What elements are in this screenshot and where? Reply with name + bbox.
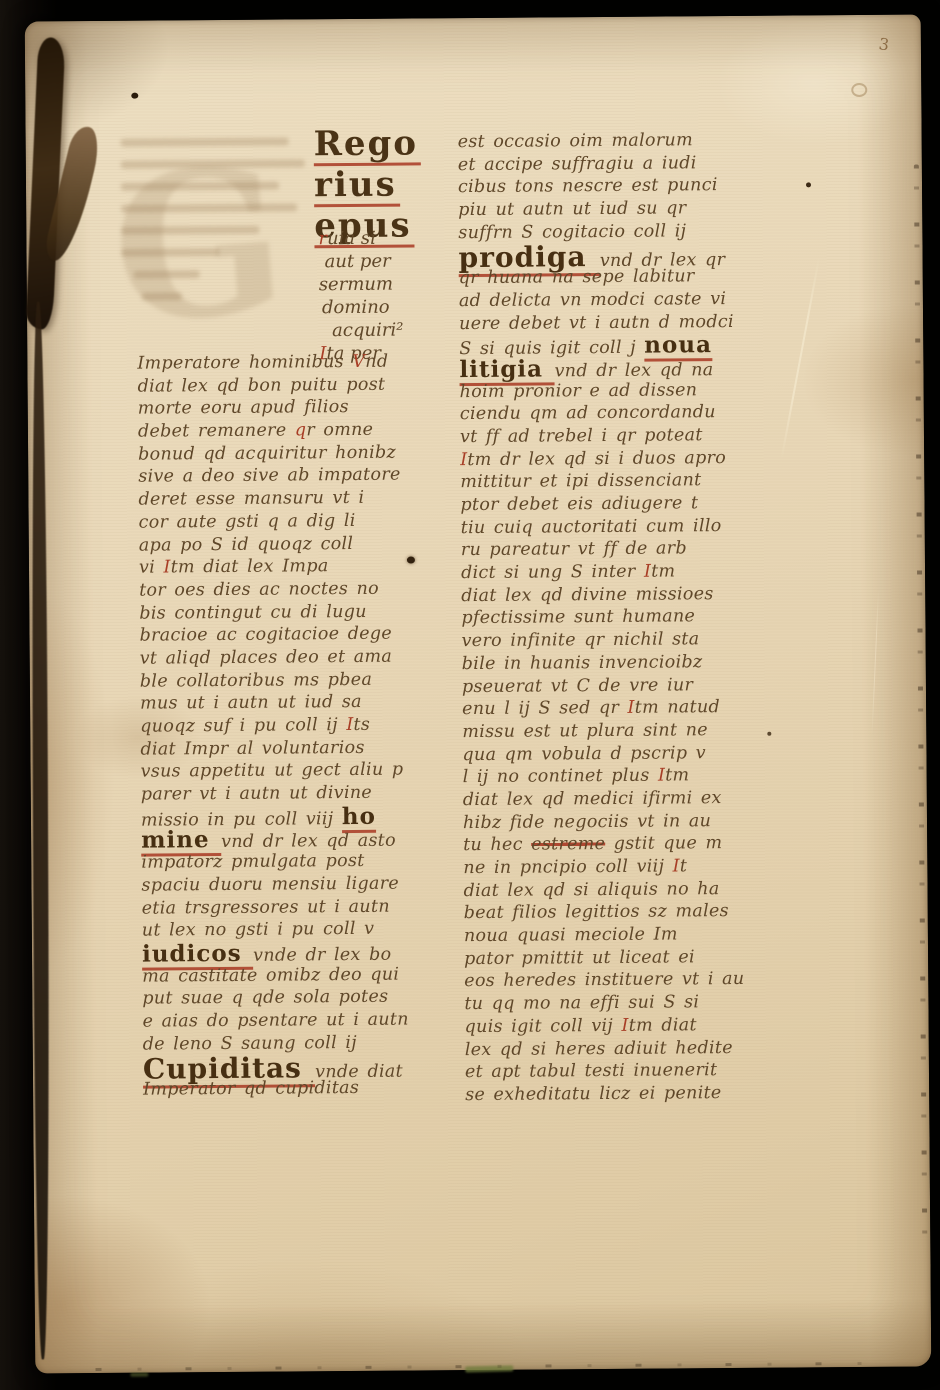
manuscript-page: G Regoriusepus ruia siaut persermumdomin… — [25, 15, 932, 1374]
ghost-text-line — [121, 159, 305, 168]
text-segment: se exheditatu licz ei penite — [465, 1083, 722, 1105]
right-column-line: pseuerat vt C de vre iur — [462, 673, 792, 698]
wormhole — [407, 556, 415, 563]
ghost-text-line — [121, 182, 279, 191]
text-segment: qua qm vobula d pscrip v — [462, 743, 706, 765]
edge-soiling-right — [914, 165, 928, 1257]
parchment-crease — [872, 590, 879, 735]
text-segment: vi — [139, 558, 164, 578]
ghost-text-line — [121, 137, 289, 146]
text-segment: tiu cuiq auctoritati cum illo — [461, 516, 722, 538]
text-segment: domino — [322, 297, 390, 319]
wormhole — [767, 732, 771, 736]
right-column-line: litigia vnd dr lex qd na — [459, 355, 789, 380]
title-sidenote-line: domino — [322, 296, 403, 320]
right-column-line: et accipe suffragiu a iudi — [458, 151, 788, 176]
left-column-line: missio in pu coll viij ho — [141, 804, 471, 829]
right-column-line: vero infinite qr nichil sta — [461, 628, 791, 653]
right-column-line: ru pareatur vt ff de arb — [461, 537, 791, 562]
text-segment: spaciu duoru mensiu ligare — [141, 873, 399, 895]
text-segment: qr huana na sepe labitur — [459, 266, 695, 288]
wormhole — [131, 93, 138, 99]
left-column-line: tor oes dies ac noctes no — [139, 577, 469, 602]
left-column-line: Imperatore hominibus Vnd — [137, 350, 467, 375]
left-column-line: bracioe ac cogitacioe dege — [139, 622, 469, 647]
text-segment: ad delicta vn modci caste vi — [459, 289, 726, 311]
left-column-line: deret esse mansuru vt i — [138, 486, 468, 511]
text-segment: cor aute gsti q a dig li — [139, 511, 356, 533]
left-column-line: ma castitate omibz deo qui — [142, 963, 472, 988]
right-column-line: tu qq mo na effi sui S si — [464, 991, 794, 1016]
left-column-line: diat Impr al voluntarios — [140, 736, 470, 761]
text-segment: noua quasi meciole Im — [464, 925, 678, 947]
right-column-line: quis igit coll vij Itm diat — [465, 1013, 795, 1038]
text-segment: diat lex qd si aliquis no ha — [463, 879, 719, 901]
right-column-line: tiu cuiq auctoritati cum illo — [461, 514, 791, 539]
right-column-line: dict si ung S inter Itm — [461, 560, 791, 585]
text-segment: sermum — [319, 274, 393, 296]
text-segment: nd — [365, 352, 388, 372]
right-column-line: Itm dr lex qd si i duos apro — [460, 446, 790, 471]
moss-stain — [130, 1373, 148, 1377]
right-text-column: est occasio oim malorumet accipe suffrag… — [458, 129, 796, 1107]
title-sidenote-line: acquiri² — [332, 319, 403, 343]
text-segment: quis igit coll vij — [465, 1016, 622, 1037]
right-column-line: diat lex qd divine missioes — [461, 582, 791, 607]
text-segment: e aias do psentare ut i autn — [142, 1009, 408, 1031]
text-segment: diat lex qd medici ifirmi ex — [463, 788, 722, 810]
text-segment: apa po S id quoqz coll — [139, 533, 354, 555]
ghost-text-line — [142, 292, 182, 300]
right-column-line: ptor debet eis adiugere t — [460, 492, 790, 517]
right-column-line: tu hec estreme gstit que m — [463, 832, 793, 857]
text-segment: l ij no continet plus — [463, 766, 658, 788]
right-column-line: se exheditatu licz ei penite — [465, 1081, 795, 1106]
text-segment: de leno S saung coll ij — [143, 1033, 357, 1055]
rubricated-title-line: rius — [314, 166, 400, 208]
binding-strap-lower — [31, 301, 51, 1359]
text-segment: vnde dr lex bo — [253, 945, 391, 966]
left-column-line: e aias do psentare ut i autn — [142, 1008, 472, 1033]
text-segment: mus ut i autn ut iud sa — [140, 692, 362, 714]
text-segment: tm — [665, 766, 689, 786]
title-sidenote-line: aut per — [325, 250, 403, 274]
text-segment: lex qd si heres adiuit hedite — [465, 1038, 733, 1060]
right-column-line: est occasio oim malorum — [458, 129, 788, 154]
right-column-line: S si quis igit coll j noua — [459, 333, 789, 358]
rubricated-title-line: Rego — [314, 124, 422, 166]
left-column-line: iudicos vnde dr lex bo — [142, 940, 472, 965]
left-column-line: bis contingut cu di lugu — [139, 600, 469, 625]
text-segment: eos heredes instituere vt i au — [464, 969, 744, 991]
text-segment: pseuerat vt C de vre iur — [462, 675, 693, 697]
left-column-line: vi Itm diat lex Impa — [139, 554, 469, 579]
left-column-line: cor aute gsti q a dig li — [139, 509, 469, 534]
title-sidenote-line: sermum — [319, 273, 403, 297]
right-column-line: qua qm vobula d pscrip v — [462, 741, 792, 766]
text-segment: put suae q qde sola potes — [142, 987, 388, 1009]
text-segment: tm — [651, 562, 675, 582]
right-column-line: uere debet vt i autn d modci — [459, 310, 789, 335]
manuscript-photo: G Regoriusepus ruia siaut persermumdomin… — [0, 0, 940, 1390]
text-segment: vnd dr lex qd na — [554, 360, 713, 381]
text-segment: beat filios legittios sz males — [464, 901, 729, 923]
right-column-line: prodiga vnd dr lex qr — [458, 242, 788, 267]
text-segment: V — [352, 352, 365, 372]
text-segment: Imperator qd cupiditas — [143, 1078, 359, 1100]
right-column-line: l ij no continet plus Itm — [463, 764, 793, 789]
text-segment: r omne — [306, 420, 373, 441]
text-segment: gstit que m — [605, 833, 722, 854]
left-column-line: parer vt i autn ut divine — [141, 781, 471, 806]
text-segment: vero infinite qr nichil sta — [462, 629, 700, 651]
right-column-line: piu ut autn ut iud su qr — [458, 197, 788, 222]
text-segment: bis contingut cu di lugu — [139, 601, 367, 623]
right-column-line: beat filios legittios sz males — [464, 900, 794, 925]
text-segment: tm diat lex Impa — [171, 556, 329, 577]
text-segment: tm diat — [629, 1015, 697, 1036]
text-segment: tu hec — [463, 835, 531, 856]
text-segment: aut per — [325, 251, 391, 273]
left-column-line: Imperator qd cupiditas — [143, 1076, 473, 1101]
text-segment: uere debet vt i autn d modci — [459, 311, 734, 333]
text-segment: diat Impr al voluntarios — [140, 738, 364, 760]
right-column-line: hibz fide negociis vt in au — [463, 809, 793, 834]
text-segment: acquiri² — [332, 320, 403, 342]
text-segment: pfectissime sunt humane — [461, 607, 695, 629]
right-column-line: ad delicta vn modci caste vi — [459, 287, 789, 312]
right-column-line: pator pmittit ut liceat ei — [464, 945, 794, 970]
text-segment: tor oes dies ac noctes no — [139, 579, 379, 601]
text-segment: tm dr lex qd si i duos apro — [467, 448, 726, 470]
left-column-line: bonud qd acquiritur honibz — [138, 441, 468, 466]
text-segment: cibus tons nescre est punci — [458, 175, 718, 197]
left-column-line: mus ut i autn ut iud sa — [140, 690, 470, 715]
left-column-line: Cupiditas vnde diat — [143, 1053, 473, 1078]
right-column-line: qr huana na sepe labitur — [459, 265, 789, 290]
left-column-line: morte eoru apud filios — [138, 395, 468, 420]
ghost-initial: G — [106, 140, 292, 353]
ghost-text-line — [121, 248, 219, 257]
folio-mark: 3 — [878, 34, 891, 54]
left-column-line: vt aliqd places deo et ama — [140, 645, 470, 670]
text-segment: quoqz suf i pu coll ij — [140, 715, 346, 737]
text-segment: tm natud — [635, 697, 720, 718]
right-column-line: lex qd si heres adiuit hedite — [465, 1036, 795, 1061]
right-column-line: vt ff ad trebel i qr poteat — [460, 423, 790, 448]
left-column-line: etia trsgressores ut i autn — [142, 895, 472, 920]
text-segment: bonud qd acquiritur honibz — [138, 442, 396, 464]
text-segment: ut lex no gsti i pu coll v — [142, 919, 375, 941]
text-segment: morte eoru apud filios — [138, 397, 349, 419]
text-segment: missu est ut plura sint ne — [462, 720, 708, 742]
left-column-line: debet remanere qr omne — [138, 418, 468, 443]
text-segment: suffrn S cogitacio coll ij — [458, 221, 686, 243]
text-segment: vsus appetitu ut gect aliu p — [141, 760, 404, 782]
right-column-line: noua quasi meciole Im — [464, 923, 794, 948]
text-segment: ciendu qm ad concordandu — [460, 402, 716, 424]
text-segment: piu ut autn ut iud su qr — [458, 198, 686, 220]
left-column-line: mine vnd dr lex qd asto — [141, 826, 471, 851]
text-segment: hibz fide negociis vt in au — [463, 811, 711, 833]
text-segment: bracioe ac cogitacioe dege — [139, 624, 392, 646]
right-column-line: ne in pncipio coll viij It — [463, 855, 793, 880]
ghost-text-line — [121, 203, 297, 212]
text-segment: q — [295, 420, 307, 440]
left-column-line: diat lex qd bon puitu post — [137, 373, 467, 398]
text-segment: enu l ij S sed qr — [462, 698, 628, 719]
text-segment: ptor debet eis adiugere t — [460, 493, 698, 515]
text-segment: vt aliqd places deo et ama — [140, 647, 393, 669]
text-segment: vnd dr lex qd asto — [221, 831, 396, 852]
left-column-line: impatorz pmulgata post — [141, 849, 471, 874]
text-segment: dict si ung S inter — [461, 562, 644, 583]
right-column-line: diat lex qd si aliquis no ha — [463, 877, 793, 902]
right-column-line: ciendu qm ad concordandu — [460, 401, 790, 426]
text-segment: diat lex qd divine missioes — [461, 584, 714, 606]
text-segment: debet remanere — [138, 420, 295, 441]
left-column-line: apa po S id quoqz coll — [139, 532, 469, 557]
text-segment: est occasio oim malorum — [458, 130, 693, 152]
text-segment: et apt tabul testi inuenerit — [465, 1060, 718, 1082]
right-column-line: missu est ut plura sint ne — [462, 718, 792, 743]
text-segment: sive a deo sive ab impatore — [138, 465, 400, 487]
text-segment: ma castitate omibz deo qui — [142, 964, 399, 986]
title-sidenote-line: ruia si — [318, 227, 402, 251]
text-segment: bile in huanis invencioibz — [462, 652, 703, 674]
right-column-line: mittitur et ipi dissenciant — [460, 469, 790, 494]
text-segment: ble collatoribus ms pbea — [140, 669, 372, 691]
left-column-line: sive a deo sive ab impatore — [138, 464, 468, 489]
text-segment: pator pmittit ut liceat ei — [464, 947, 695, 969]
left-column-line: ut lex no gsti i pu coll v — [142, 917, 472, 942]
ghost-text-line — [134, 270, 200, 279]
wormhole — [806, 182, 811, 187]
text-segment: impatorz pmulgata post — [141, 851, 364, 873]
text-segment: etia trsgressores ut i autn — [142, 896, 390, 918]
left-text-column: Imperatore hominibus Vnddiat lex qd bon … — [137, 350, 473, 1101]
left-column-line: vsus appetitu ut gect aliu p — [141, 758, 471, 783]
text-segment: deret esse mansuru vt i — [138, 488, 364, 510]
text-segment: uia si — [327, 228, 376, 249]
ring-stain — [851, 83, 867, 97]
right-column-line: bile in huanis invencioibz — [462, 650, 792, 675]
left-column-line: ble collatoribus ms pbea — [140, 668, 470, 693]
left-column-line: spaciu duoru mensiu ligare — [141, 872, 471, 897]
text-segment: tu qq mo na effi sui S si — [464, 992, 699, 1014]
title-sidenote: ruia siaut persermumdominoacquiri²Ita pe… — [318, 227, 403, 366]
right-column-line: hoim pronior e ad dissen — [460, 378, 790, 403]
left-column-line: put suae q qde sola potes — [142, 985, 472, 1010]
text-segment: ru pareatur vt ff de arb — [461, 539, 687, 561]
text-segment: r — [318, 228, 327, 249]
text-segment: diat lex qd bon puitu post — [137, 374, 385, 396]
text-segment: parer vt i autn ut divine — [141, 783, 372, 805]
text-segment: mittitur et ipi dissenciant — [460, 471, 701, 493]
ghost-text-line — [121, 226, 259, 235]
text-segment: et accipe suffragiu a iudi — [458, 153, 697, 175]
right-column-line: cibus tons nescre est punci — [458, 174, 788, 199]
text-segment: hoim pronior e ad dissen — [460, 380, 698, 402]
right-column-line: diat lex qd medici ifirmi ex — [463, 786, 793, 811]
right-column-line: pfectissime sunt humane — [461, 605, 791, 630]
right-column-line: et apt tabul testi inuenerit — [465, 1059, 795, 1084]
right-column-line: enu l ij S sed qr Itm natud — [462, 696, 792, 721]
text-segment: Imperatore hominibus — [137, 352, 352, 374]
text-segment: ne in pncipio coll viij — [463, 856, 672, 878]
text-segment: ts — [353, 715, 370, 735]
right-column-line: eos heredes instituere vt i au — [464, 968, 794, 993]
text-segment: vt ff ad trebel i qr poteat — [460, 425, 703, 447]
text-segment: estreme — [531, 834, 605, 855]
left-column-line: quoqz suf i pu coll ij Its — [140, 713, 470, 738]
text-segment: t — [680, 856, 688, 876]
